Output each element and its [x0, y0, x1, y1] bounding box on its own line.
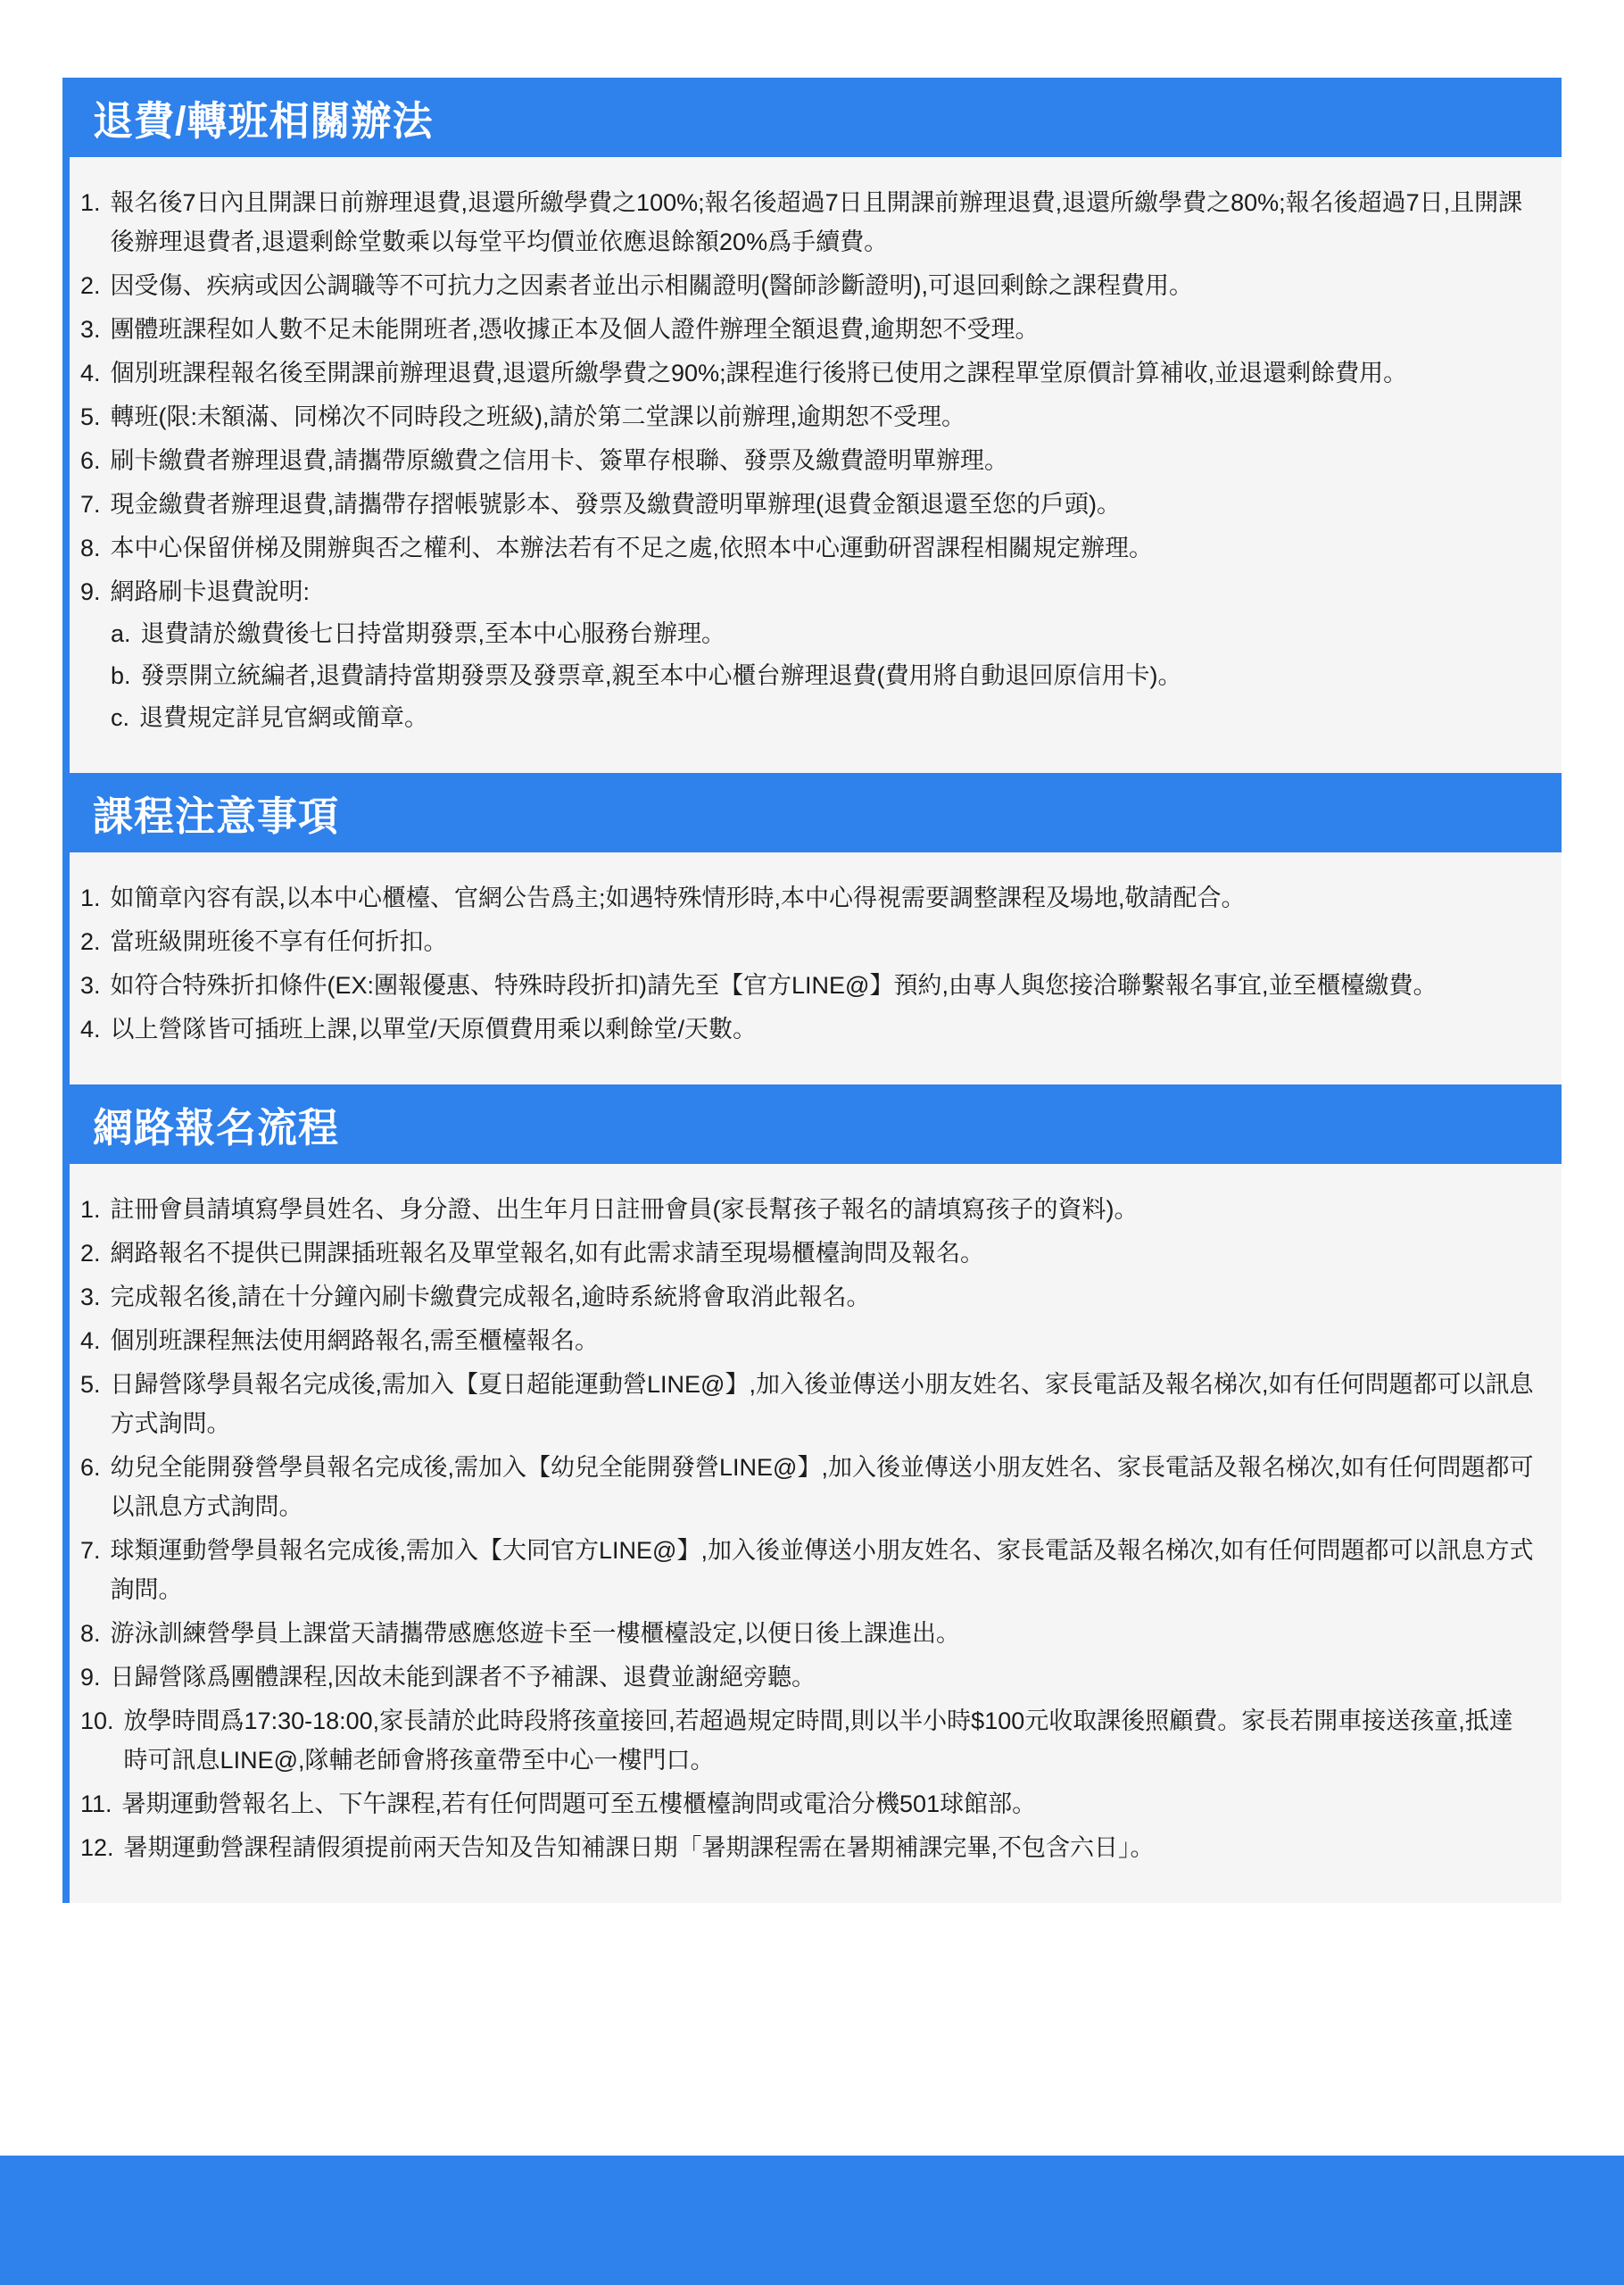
- section-header-refund: 退費/轉班相關辦法: [62, 78, 1562, 157]
- section-card-course-notes: 1. 如簡章內容有誤,以本中心櫃檯、官網公告爲主;如遇特殊情形時,本中心得視需要…: [62, 852, 1562, 1084]
- item-number: 3.: [80, 966, 101, 1005]
- list-item: 9. 網路刷卡退費說明:: [80, 572, 1537, 611]
- item-number: 7.: [80, 485, 101, 524]
- list-item: 4. 個別班課程報名後至開課前辦理退費,退還所繳學費之90%;課程進行後將已使用…: [80, 353, 1537, 393]
- item-text: 個別班課程無法使用網路報名,需至櫃檯報名。: [111, 1321, 1537, 1360]
- item-number: 2.: [80, 266, 101, 305]
- item-number: 2.: [80, 922, 101, 961]
- list-item: 8. 本中心保留併梯及開辦與否之權利、本辦法若有不足之處,依照本中心運動研習課程…: [80, 528, 1537, 568]
- document-column: 退費/轉班相關辦法 1. 報名後7日內且開課日前辦理退費,退還所繳學費之100%…: [62, 78, 1562, 1903]
- list-item: 12. 暑期運動營課程請假須提前兩天告知及告知補課日期「暑期課程需在暑期補課完畢…: [80, 1828, 1537, 1867]
- section-card-online-registration: 1. 註冊會員請填寫學員姓名、身分證、出生年月日註冊會員(家長幫孩子報名的請填寫…: [62, 1164, 1562, 1903]
- item-text: 如簡章內容有誤,以本中心櫃檯、官網公告爲主;如遇特殊情形時,本中心得視需要調整課…: [111, 878, 1537, 918]
- section-header-online-registration: 網路報名流程: [62, 1084, 1562, 1164]
- list-item: 6. 刷卡繳費者辦理退費,請攜帶原繳費之信用卡、簽單存根聯、發票及繳費證明單辦理…: [80, 441, 1537, 480]
- item-number: 5.: [80, 397, 101, 436]
- item-number: 12.: [80, 1828, 114, 1867]
- item-number: 3.: [80, 310, 101, 349]
- item-number: 4.: [80, 1010, 101, 1049]
- item-letter: b.: [111, 656, 131, 695]
- list-item: 3. 如符合特殊折扣條件(EX:團報優惠、特殊時段折扣)請先至【官方LINE@】…: [80, 966, 1537, 1005]
- item-text: 現金繳費者辦理退費,請攜帶存摺帳號影本、發票及繳費證明單辦理(退費金額退還至您的…: [111, 485, 1537, 524]
- list-item: 1. 報名後7日內且開課日前辦理退費,退還所繳學費之100%;報名後超過7日且開…: [80, 183, 1537, 262]
- item-number: 8.: [80, 528, 101, 568]
- item-text: 日歸營隊學員報名完成後,需加入【夏日超能運動營LINE@】,加入後並傳送小朋友姓…: [111, 1365, 1537, 1443]
- item-letter: c.: [111, 698, 129, 737]
- list-subitem: b. 發票開立統編者,退費請持當期發票及發票章,親至本中心櫃台辦理退費(費用將自…: [111, 656, 1537, 695]
- list-item: 9. 日歸營隊爲團體課程,因故未能到課者不予補課、退費並謝絕旁聽。: [80, 1658, 1537, 1697]
- item-text: 放學時間爲17:30-18:00,家長請於此時段將孩童接回,若超過規定時間,則以…: [124, 1701, 1537, 1780]
- section-card-refund: 1. 報名後7日內且開課日前辦理退費,退還所繳學費之100%;報名後超過7日且開…: [62, 157, 1562, 773]
- list-item: 5. 日歸營隊學員報名完成後,需加入【夏日超能運動營LINE@】,加入後並傳送小…: [80, 1365, 1537, 1443]
- item-text: 個別班課程報名後至開課前辦理退費,退還所繳學費之90%;課程進行後將已使用之課程…: [111, 353, 1537, 393]
- item-number: 4.: [80, 353, 101, 393]
- item-number: 1.: [80, 878, 101, 918]
- item-text: 暑期運動營課程請假須提前兩天告知及告知補課日期「暑期課程需在暑期補課完畢,不包含…: [124, 1828, 1537, 1867]
- list-item: 3. 團體班課程如人數不足未能開班者,憑收據正本及個人證件辦理全額退費,逾期恕不…: [80, 310, 1537, 349]
- item-number: 8.: [80, 1614, 101, 1653]
- item-text: 網路刷卡退費說明:: [111, 572, 1537, 611]
- item-text: 完成報名後,請在十分鐘內刷卡繳費完成報名,逾時系統將會取消此報名。: [111, 1277, 1537, 1317]
- list-item: 2. 當班級開班後不享有任何折扣。: [80, 922, 1537, 961]
- item-text: 團體班課程如人數不足未能開班者,憑收據正本及個人證件辦理全額退費,逾期恕不受理。: [111, 310, 1537, 349]
- item-text: 暑期運動營報名上、下午課程,若有任何問題可至五樓櫃檯詢問或電洽分機501球館部。: [122, 1784, 1537, 1824]
- item-number: 3.: [80, 1277, 101, 1317]
- item-text: 球類運動營學員報名完成後,需加入【大同官方LINE@】,加入後並傳送小朋友姓名、…: [111, 1531, 1537, 1609]
- item-number: 2.: [80, 1234, 101, 1273]
- section-title: 課程注意事項: [93, 784, 339, 842]
- item-text: 因受傷、疾病或因公調職等不可抗力之因素者並出示相關證明(醫師診斷證明),可退回剩…: [111, 266, 1537, 305]
- list-item: 11. 暑期運動營報名上、下午課程,若有任何問題可至五樓櫃檯詢問或電洽分機501…: [80, 1784, 1537, 1824]
- item-number: 1.: [80, 183, 101, 222]
- item-number: 9.: [80, 572, 101, 611]
- item-text: 本中心保留併梯及開辦與否之權利、本辦法若有不足之處,依照本中心運動研習課程相關規…: [111, 528, 1537, 568]
- list-subitem: c. 退費規定詳見官網或簡章。: [111, 698, 1537, 737]
- item-text: 註冊會員請填寫學員姓名、身分證、出生年月日註冊會員(家長幫孩子報名的請填寫孩子的…: [111, 1190, 1537, 1229]
- list-item: 1. 如簡章內容有誤,以本中心櫃檯、官網公告爲主;如遇特殊情形時,本中心得視需要…: [80, 878, 1537, 918]
- item-text: 網路報名不提供已開課插班報名及單堂報名,如有此需求請至現場櫃檯詢問及報名。: [111, 1234, 1537, 1273]
- list-item: 7. 球類運動營學員報名完成後,需加入【大同官方LINE@】,加入後並傳送小朋友…: [80, 1531, 1537, 1609]
- item-text: 以上營隊皆可插班上課,以單堂/天原價費用乘以剩餘堂/天數。: [111, 1010, 1537, 1049]
- item-text: 退費請於繳費後七日持當期發票,至本中心服務台辦理。: [141, 614, 1537, 653]
- item-number: 7.: [80, 1531, 101, 1570]
- footer-band: [0, 2156, 1624, 2285]
- item-text: 轉班(限:未額滿、同梯次不同時段之班級),請於第二堂課以前辦理,逾期恕不受理。: [111, 397, 1537, 436]
- item-number: 4.: [80, 1321, 101, 1360]
- list-item: 3. 完成報名後,請在十分鐘內刷卡繳費完成報名,逾時系統將會取消此報名。: [80, 1277, 1537, 1317]
- list-item: 4. 個別班課程無法使用網路報名,需至櫃檯報名。: [80, 1321, 1537, 1360]
- list-item: 10. 放學時間爲17:30-18:00,家長請於此時段將孩童接回,若超過規定時…: [80, 1701, 1537, 1780]
- item-text: 當班級開班後不享有任何折扣。: [111, 922, 1537, 961]
- item-text: 日歸營隊爲團體課程,因故未能到課者不予補課、退費並謝絕旁聽。: [111, 1658, 1537, 1697]
- item-letter: a.: [111, 614, 131, 653]
- item-text: 發票開立統編者,退費請持當期發票及發票章,親至本中心櫃台辦理退費(費用將自動退回…: [141, 656, 1537, 695]
- list-item: 1. 註冊會員請填寫學員姓名、身分證、出生年月日註冊會員(家長幫孩子報名的請填寫…: [80, 1190, 1537, 1229]
- list-item: 6. 幼兒全能開發營學員報名完成後,需加入【幼兒全能開發營LINE@】,加入後並…: [80, 1448, 1537, 1526]
- item-number: 10.: [80, 1701, 114, 1741]
- item-text: 幼兒全能開發營學員報名完成後,需加入【幼兒全能開發營LINE@】,加入後並傳送小…: [111, 1448, 1537, 1526]
- item-number: 11.: [80, 1784, 112, 1824]
- section-title: 網路報名流程: [93, 1095, 339, 1153]
- item-number: 5.: [80, 1365, 101, 1404]
- item-text: 如符合特殊折扣條件(EX:團報優惠、特殊時段折扣)請先至【官方LINE@】預約,…: [111, 966, 1537, 1005]
- list-item: 5. 轉班(限:未額滿、同梯次不同時段之班級),請於第二堂課以前辦理,逾期恕不受…: [80, 397, 1537, 436]
- item-text: 游泳訓練營學員上課當天請攜帶感應悠遊卡至一樓櫃檯設定,以便日後上課進出。: [111, 1614, 1537, 1653]
- section-title: 退費/轉班相關辦法: [93, 88, 434, 146]
- item-number: 9.: [80, 1658, 101, 1697]
- list-subitem: a. 退費請於繳費後七日持當期發票,至本中心服務台辦理。: [111, 614, 1537, 653]
- item-number: 1.: [80, 1190, 101, 1229]
- list-item: 8. 游泳訓練營學員上課當天請攜帶感應悠遊卡至一樓櫃檯設定,以便日後上課進出。: [80, 1614, 1537, 1653]
- list-item: 7. 現金繳費者辦理退費,請攜帶存摺帳號影本、發票及繳費證明單辦理(退費金額退還…: [80, 485, 1537, 524]
- section-header-course-notes: 課程注意事項: [62, 773, 1562, 852]
- item-number: 6.: [80, 441, 101, 480]
- item-text: 報名後7日內且開課日前辦理退費,退還所繳學費之100%;報名後超過7日且開課前辦…: [111, 183, 1537, 262]
- list-item: 4. 以上營隊皆可插班上課,以單堂/天原價費用乘以剩餘堂/天數。: [80, 1010, 1537, 1049]
- item-text: 退費規定詳見官網或簡章。: [139, 698, 1537, 737]
- list-item: 2. 網路報名不提供已開課插班報名及單堂報名,如有此需求請至現場櫃檯詢問及報名。: [80, 1234, 1537, 1273]
- list-item: 2. 因受傷、疾病或因公調職等不可抗力之因素者並出示相關證明(醫師診斷證明),可…: [80, 266, 1537, 305]
- item-number: 6.: [80, 1448, 101, 1487]
- item-text: 刷卡繳費者辦理退費,請攜帶原繳費之信用卡、簽單存根聯、發票及繳費證明單辦理。: [111, 441, 1537, 480]
